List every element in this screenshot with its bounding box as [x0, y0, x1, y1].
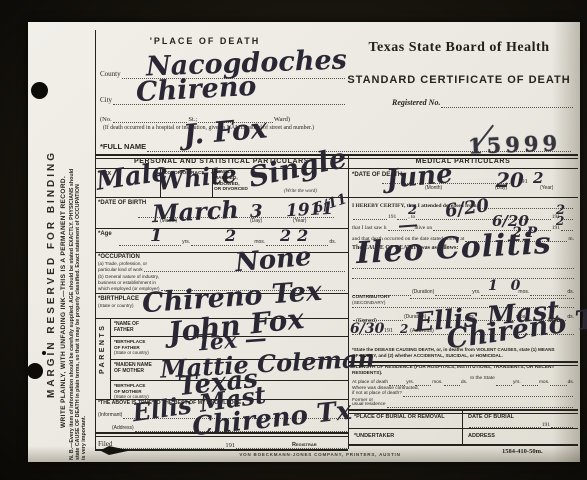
dotted-leader	[522, 379, 538, 386]
contracted-line2: if not at place of death?	[352, 391, 402, 397]
father-birthplace-label: *BIRTHPLACE OF FATHER (State or country)	[114, 339, 149, 355]
filed-year-prefix: 191	[225, 442, 235, 449]
medical-section-title: MEDICAL PARTICULARS	[348, 158, 578, 166]
contracted-row: if not at place of death?	[352, 389, 574, 397]
city-label: City	[100, 97, 112, 105]
alive-on-label: alive on	[415, 225, 433, 231]
age-label: *Age	[98, 231, 112, 238]
full-name-label: *FULL NAME	[100, 143, 146, 152]
registered-no-row: Registered No.	[392, 97, 574, 108]
burial-place-label: *PLACE OF BURIAL OR REMOVAL	[354, 414, 445, 420]
scanned-death-certificate: MARGIN RESERVED FOR BINDING WRITE PLAINL…	[0, 0, 587, 480]
form-code: 1584-410-50m.	[502, 448, 543, 455]
signed-date-handwriting: 6/30	[350, 322, 384, 336]
age-yrs-label: yrs.	[182, 240, 190, 246]
dotted-leader	[113, 441, 224, 449]
informant-address-label: (Address)	[112, 426, 134, 432]
signed-year-handwriting: 2	[400, 323, 408, 335]
parents-strip-divider	[110, 318, 111, 399]
dod-day-sublabel: (Day)	[495, 186, 507, 192]
dod-year-handwriting: 2	[533, 171, 543, 186]
age-years-handwriting: 1	[150, 227, 163, 245]
nb-note-line3: is very important.	[81, 416, 87, 460]
occupation-b-line1: (b) General nature of industry,	[98, 274, 159, 279]
burial-grid-rule	[348, 428, 578, 429]
attended-from-year-handwriting: 2	[408, 204, 417, 217]
county-label: County	[100, 71, 121, 79]
birthplace-label: *BIRTHPLACE	[98, 296, 139, 303]
dod-year-prefix: 191	[518, 178, 528, 185]
dob-month-sublabel: (Month)	[160, 219, 177, 225]
dotted-leader	[496, 379, 512, 386]
registration-number-stamp: 15999	[468, 130, 562, 158]
blank-dotted-line	[352, 268, 574, 269]
dotted-leader	[550, 379, 566, 386]
informant-label: (Informant)	[98, 413, 122, 419]
dotted-leader	[415, 379, 431, 386]
father-bp-note: (State or country)	[114, 350, 149, 355]
parents-group-label: PARENTS	[99, 324, 107, 374]
occupation-value-handwriting: None	[234, 244, 313, 277]
burial-grid-bottom	[348, 444, 578, 446]
punch-hole	[27, 363, 43, 379]
burial-date-row: 191	[468, 420, 574, 428]
last-saw-year-handwriting: 2	[556, 215, 564, 227]
duration-yrs-label: yrs.	[472, 290, 480, 296]
bottom-rule	[95, 449, 348, 451]
full-name-handwriting: J. Fox	[182, 114, 268, 149]
dotted-leader	[191, 237, 253, 246]
certify2-year-prefix: 191	[388, 214, 396, 220]
signed-year-prefix: 191	[384, 328, 393, 335]
age-ds-label: ds.	[329, 240, 336, 246]
duration-ds-label: ds.	[567, 290, 574, 296]
mother-bp-label-line1: *BIRTHPLACE	[114, 383, 149, 389]
marital-label-line4: OR DIVORCED	[214, 187, 248, 193]
dotted-leader	[113, 116, 188, 123]
last-saw-label: that I last saw h	[352, 225, 387, 231]
dob-day-sublabel: (Day)	[250, 219, 262, 225]
birthplace-note: (State or country)	[98, 303, 134, 308]
dotted-leader	[530, 289, 566, 297]
former-residence-row: usual residence	[352, 400, 574, 408]
burial-year-prefix: 191	[542, 422, 550, 428]
marital-note: (Write the word)	[284, 189, 317, 195]
burial-grid-divider	[462, 411, 463, 444]
secondary-label: (SECONDARY)	[352, 301, 386, 307]
dotted-leader	[551, 422, 573, 428]
hospital-note: (If death occurred in a hospital or inst…	[103, 125, 443, 131]
instate-ds-label: ds.	[568, 380, 574, 386]
duration-days-handwriting: 1 0	[488, 279, 524, 293]
certificate-title: STANDARD CERTIFICATE OF DEATH	[340, 74, 578, 87]
dob-label: *DATE OF BIRTH	[98, 200, 146, 207]
residence-title-line1: **LENGTH OF RESIDENCE (FOR HOSPITALS, IN…	[352, 365, 554, 371]
instate-yrs-label: yrs.	[513, 380, 521, 386]
dotted-leader	[469, 422, 541, 428]
binding-margin-text: MARGIN RESERVED FOR BINDING	[46, 150, 58, 398]
punch-hole	[31, 82, 48, 99]
duration-label: (Duration)	[412, 290, 434, 296]
dod-month-sublabel: (Month)	[425, 186, 442, 192]
dotted-leader	[387, 402, 573, 408]
place-of-death-title: 'PLACE OF DEATH	[120, 36, 290, 46]
printer-imprint: VON BOECKMANN-JONES COMPANY, PRINTERS, A…	[230, 452, 410, 457]
footnote-line2: OF INJURY, and (2) whether ACCIDENTAL, S…	[352, 353, 503, 358]
occupation-a-line2: particular kind of work	[98, 267, 143, 272]
board-title: Texas State Board of Health	[340, 40, 578, 55]
dotted-leader	[444, 379, 460, 386]
dotted-leader	[389, 379, 405, 386]
contributory-label: CONTRIBUTORY	[352, 295, 390, 301]
registrar-label: Registrar	[292, 442, 317, 448]
dotted-leader	[435, 289, 471, 297]
atplace-ds-label: ds.	[461, 380, 467, 386]
mother-name-label: *MAIDEN NAME OF MOTHER	[114, 362, 152, 374]
dotted-leader	[353, 213, 387, 220]
street-no-label: (No.	[100, 116, 112, 123]
dotted-leader	[397, 213, 407, 220]
mother-name-label-line2: OF MOTHER	[114, 368, 152, 374]
age-months-handwriting: 2	[225, 228, 236, 244]
dotted-leader	[441, 100, 573, 108]
atplace-mos-label: mos.	[432, 380, 442, 386]
occupation-label: *OCCUPATION	[98, 254, 140, 261]
street-ward-label: Ward)	[274, 116, 290, 123]
father-bp-label-line1: *BIRTHPLACE	[114, 339, 149, 345]
undertaker-label: *UNDERTAKER	[354, 433, 394, 439]
form-left-border	[95, 30, 96, 450]
residence-title-line2: RESIDENTS).	[352, 371, 382, 377]
signed-address-label: (Address)	[410, 328, 434, 334]
dob-year-sublabel: (Year)	[293, 219, 306, 225]
former-residence-line2: usual residence	[352, 402, 386, 408]
in-state-label: In the State	[470, 376, 495, 382]
dotted-leader	[403, 391, 573, 397]
footnote-line1: *State the DISEASE CAUSING DEATH, or, in…	[352, 347, 555, 352]
write-plainly-note: WRITE PLAINLY, WITH UNFADING INK—THIS IS…	[60, 176, 67, 428]
dod-month-handwriting: June	[385, 161, 454, 193]
m-label: m.	[568, 236, 574, 242]
city-value-handwriting: Chireno	[135, 73, 257, 106]
dod-year-sublabel: (Year)	[540, 186, 553, 192]
residence-duration-row: At place of death yrs. mos. ds. In the S…	[352, 377, 574, 386]
father-name-label: *NAME OF FATHER	[114, 321, 139, 333]
father-name-label-line2: FATHER	[114, 327, 139, 333]
marital-label: *SINGLE, MARRIED, WIDOWED, OR DIVORCED	[214, 170, 248, 193]
registered-no-label: Registered No.	[392, 99, 440, 108]
blank-dotted-line	[352, 278, 574, 279]
instate-mos-label: mos.	[539, 380, 549, 386]
undertaker-address-label: ADDRESS	[468, 433, 495, 439]
